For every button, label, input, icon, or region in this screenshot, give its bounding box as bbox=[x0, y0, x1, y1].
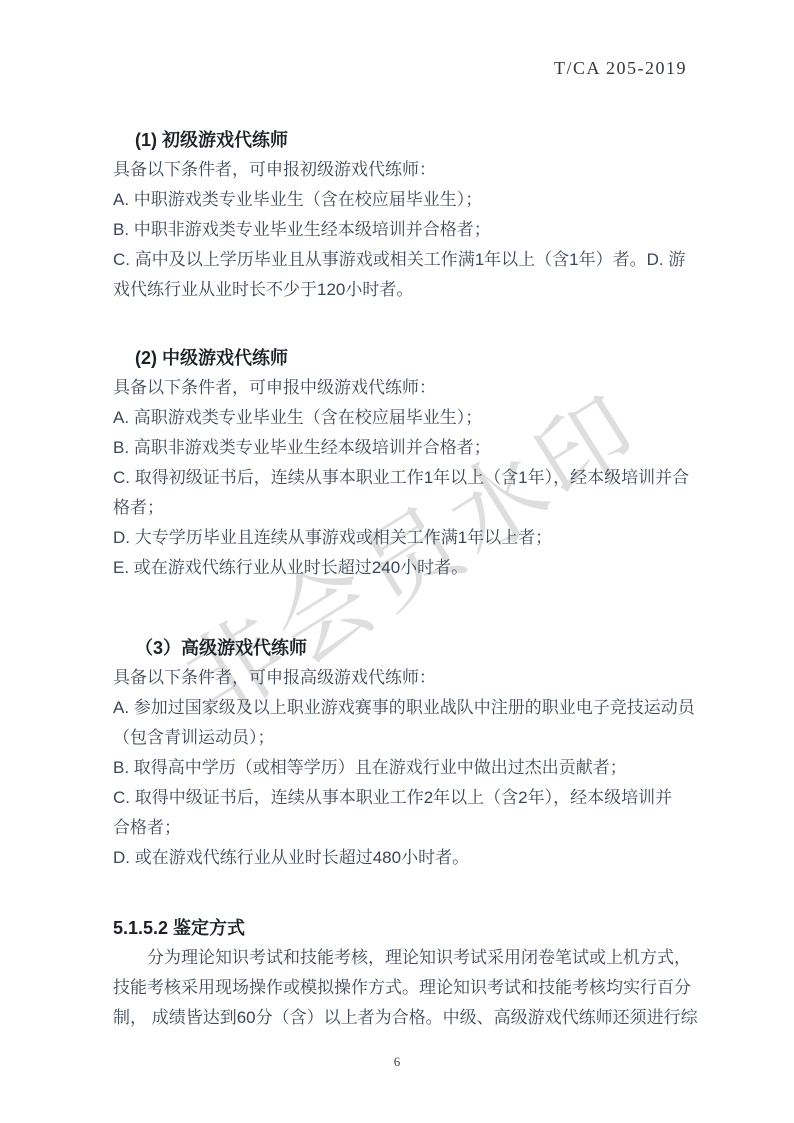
text-line: 具备以下条件者，可申报高级游戏代练师： bbox=[113, 663, 685, 693]
text-line: 分为理论知识考试和技能考核，理论知识考试采用闭卷笔试或上机方式， bbox=[113, 943, 685, 973]
text-line: A. 高职游戏类专业毕业生（含在校应届毕业生）； bbox=[113, 403, 685, 433]
text-line: （包含青训运动员）； bbox=[113, 723, 685, 753]
section-1-body: 具备以下条件者，可申报初级游戏代练师： A. 中职游戏类专业毕业生（含在校应届毕… bbox=[113, 155, 685, 305]
section-2-heading: (2) 中级游戏代练师 bbox=[113, 343, 685, 373]
text-line: 合格者； bbox=[113, 813, 685, 843]
text-line: C. 高中及以上学历毕业且从事游戏或相关工作满1年以上（含1年）者。D. 游 bbox=[113, 245, 685, 275]
section-3-heading: （3）高级游戏代练师 bbox=[113, 633, 685, 663]
text-line: 具备以下条件者，可申报初级游戏代练师： bbox=[113, 155, 685, 185]
section-2-body: 具备以下条件者，可申报中级游戏代练师： A. 高职游戏类专业毕业生（含在校应届毕… bbox=[113, 373, 685, 583]
text-line: 制， 成绩皆达到60分（含）以上者为合格。中级、高级游戏代练师还须进行综 bbox=[113, 1003, 685, 1033]
text-line: A. 中职游戏类专业毕业生（含在校应届毕业生）； bbox=[113, 185, 685, 215]
text-line: D. 或在游戏代练行业从业时长超过480小时者。 bbox=[113, 843, 685, 873]
section-1-heading: (1) 初级游戏代练师 bbox=[113, 125, 685, 155]
text-line: 技能考核采用现场操作或模拟操作方式。理论知识考试和技能考核均实行百分 bbox=[113, 973, 685, 1003]
text-line: C. 取得初级证书后，连续从事本职业工作1年以上（含1年），经本级培训并合 bbox=[113, 463, 685, 493]
text-line: B. 中职非游戏类专业毕业生经本级培训并合格者； bbox=[113, 215, 685, 245]
text-line: 格者； bbox=[113, 493, 685, 523]
text-line: B. 取得高中学历（或相等学历）且在游戏行业中做出过杰出贡献者； bbox=[113, 753, 685, 783]
section-5152-heading: 5.1.5.2 鉴定方式 bbox=[113, 913, 685, 943]
text-line: C. 取得中级证书后，连续从事本职业工作2年以上（含2年），经本级培训并 bbox=[113, 783, 685, 813]
text-line: B. 高职非游戏类专业毕业生经本级培训并合格者； bbox=[113, 433, 685, 463]
text-line: E. 或在游戏代练行业从业时长超过240小时者。 bbox=[113, 553, 685, 583]
text-line: A. 参加过国家级及以上职业游戏赛事的职业战队中注册的职业电子竞技运动员 bbox=[113, 693, 685, 723]
section-3-body: 具备以下条件者，可申报高级游戏代练师： A. 参加过国家级及以上职业游戏赛事的职… bbox=[113, 663, 685, 873]
text-line: D. 大专学历毕业且连续从事游戏或相关工作满1年以上者； bbox=[113, 523, 685, 553]
text-line: 具备以下条件者，可申报中级游戏代练师： bbox=[113, 373, 685, 403]
doc-number: T/CA 205-2019 bbox=[554, 58, 687, 79]
document-page: T/CA 205-2019 非会员水印 (1) 初级游戏代练师 具备以下条件者，… bbox=[0, 0, 794, 1123]
page-number: 6 bbox=[0, 1054, 794, 1070]
section-5152-body: 分为理论知识考试和技能考核，理论知识考试采用闭卷笔试或上机方式， 技能考核采用现… bbox=[113, 943, 685, 1033]
text-line: 戏代练行业从业时长不少于120小时者。 bbox=[113, 275, 685, 305]
document-body: (1) 初级游戏代练师 具备以下条件者，可申报初级游戏代练师： A. 中职游戏类… bbox=[113, 125, 685, 1033]
